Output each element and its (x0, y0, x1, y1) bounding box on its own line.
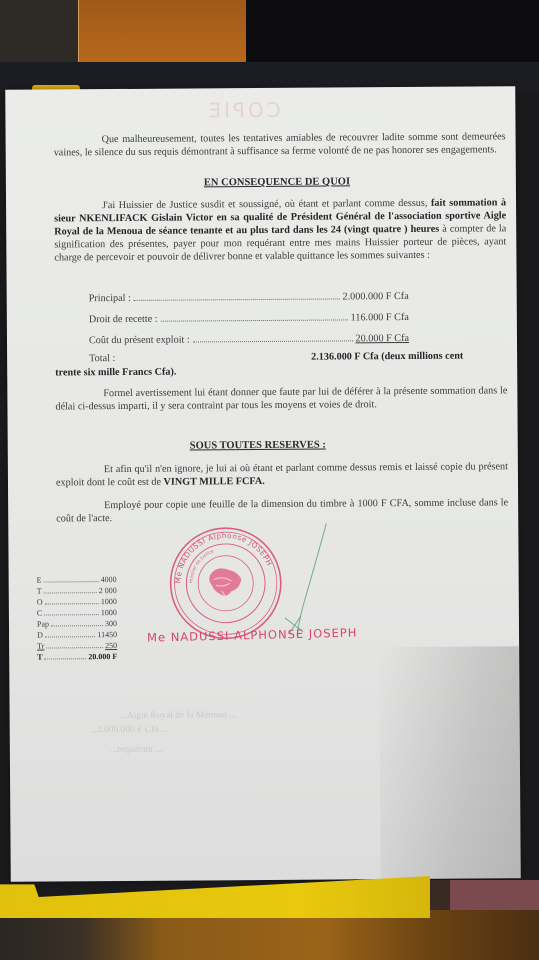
bleed-through-text: ...requérant ... (110, 745, 163, 755)
cost-row: D11450 (37, 630, 117, 642)
total-row: Total : 2.136.000 F Cfa (deux millions c… (89, 350, 509, 364)
heading-sous-toutes-reserves: SOUS TOUTES RESERVES : (190, 440, 326, 452)
cost-row: O1000 (37, 597, 117, 609)
cost-row: Pap300 (37, 619, 117, 631)
cost-row: T2 000 (37, 586, 117, 598)
cost-row: Tr250 (37, 641, 117, 653)
signature-mark (276, 519, 337, 639)
cost-breakdown: E4000 T2 000 O1000 C1000 Pap300 D11450 T… (37, 575, 118, 664)
cost-row-total: T20.000 F (37, 652, 117, 664)
copie-watermark: COPIE (205, 98, 280, 123)
orange-folder (78, 0, 247, 63)
fee-row-cout-exploit: Coût du présent exploit :20.000 F Cfa (89, 332, 409, 346)
warning-paragraph: Formel avertissement lui étant donner qu… (55, 384, 507, 413)
heading-en-consequence: EN CONSEQUENCE DE QUOI (204, 176, 350, 188)
sommation-paragraph: J'ai Huissier de Justice susdit et souss… (54, 196, 506, 264)
cost-row: E4000 (37, 575, 117, 587)
fee-row-droit-recette: Droit de recette :116.000 F Cfa (89, 311, 409, 325)
bleed-through-text: ...2.000.000 F Cfa ... (90, 725, 168, 736)
official-stamp: Me NADUSSI Alphonse JOSEPH Huissier de J… (166, 524, 285, 643)
paper-shadow (379, 646, 521, 879)
background-pink-folder (450, 880, 539, 910)
bleed-through-text: ...Aigle Royal de la Menoua ... (120, 710, 237, 721)
document-page: COPIE Que malheureusement, toutes les te… (5, 86, 521, 882)
total-continuation: trente six mille Francs Cfa). (55, 367, 176, 379)
background-desk (0, 0, 78, 64)
copy-paragraph: Et afin qu'il n'en ignore, je lui ai où … (56, 460, 508, 489)
yellow-folder (0, 876, 430, 918)
intro-paragraph: Que malheureusement, toutes les tentativ… (54, 130, 506, 159)
cost-row: C1000 (37, 608, 117, 620)
fee-row-principal: Principal :2.000.000 F Cfa (89, 290, 409, 304)
